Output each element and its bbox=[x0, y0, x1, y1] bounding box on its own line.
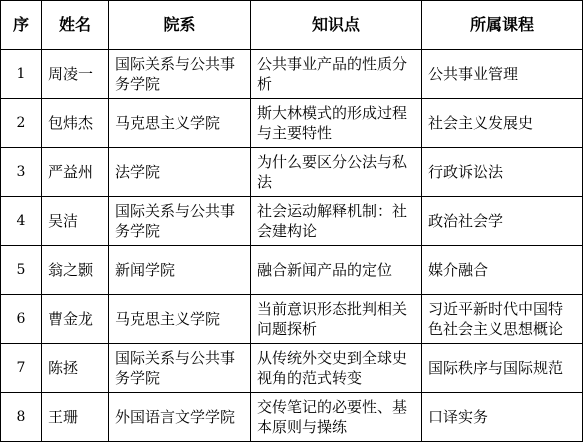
cell-name: 严益州 bbox=[42, 148, 109, 197]
cell-topic: 当前意识形态批判相关问题探析 bbox=[251, 295, 422, 344]
cell-topic: 融合新闻产品的定位 bbox=[251, 246, 422, 295]
table-row: 7 陈拯 国际关系与公共事务学院 从传统外交史到全球史视角的范式转变 国际秩序与… bbox=[1, 344, 583, 393]
cell-course: 行政诉讼法 bbox=[422, 148, 583, 197]
table-row: 1 周凌一 国际关系与公共事务学院 公共事业产品的性质分析 公共事业管理 bbox=[1, 50, 583, 99]
cell-index: 8 bbox=[1, 393, 42, 442]
cell-topic: 交传笔记的必要性、基本原则与操练 bbox=[251, 393, 422, 442]
cell-index: 6 bbox=[1, 295, 42, 344]
cell-topic: 为什么要区分公法与私法 bbox=[251, 148, 422, 197]
cell-course: 社会主义发展史 bbox=[422, 99, 583, 148]
cell-department: 外国语言文学学院 bbox=[109, 393, 251, 442]
cell-topic: 斯大林模式的形成过程与主要特性 bbox=[251, 99, 422, 148]
cell-topic: 公共事业产品的性质分析 bbox=[251, 50, 422, 99]
header-course: 所属课程 bbox=[422, 1, 583, 50]
cell-department: 法学院 bbox=[109, 148, 251, 197]
cell-name: 曹金龙 bbox=[42, 295, 109, 344]
cell-course: 公共事业管理 bbox=[422, 50, 583, 99]
cell-name: 包炜杰 bbox=[42, 99, 109, 148]
cell-index: 2 bbox=[1, 99, 42, 148]
table-row: 3 严益州 法学院 为什么要区分公法与私法 行政诉讼法 bbox=[1, 148, 583, 197]
table-row: 6 曹金龙 马克思主义学院 当前意识形态批判相关问题探析 习近平新时代中国特色社… bbox=[1, 295, 583, 344]
cell-name: 陈拯 bbox=[42, 344, 109, 393]
cell-department: 马克思主义学院 bbox=[109, 99, 251, 148]
header-name: 姓名 bbox=[42, 1, 109, 50]
cell-department: 国际关系与公共事务学院 bbox=[109, 344, 251, 393]
cell-course: 国际秩序与国际规范 bbox=[422, 344, 583, 393]
header-row: 序 姓名 院系 知识点 所属课程 bbox=[1, 1, 583, 50]
cell-index: 7 bbox=[1, 344, 42, 393]
header-department: 院系 bbox=[109, 1, 251, 50]
cell-index: 1 bbox=[1, 50, 42, 99]
cell-department: 马克思主义学院 bbox=[109, 295, 251, 344]
cell-course: 媒介融合 bbox=[422, 246, 583, 295]
cell-topic: 社会运动解释机制：社会建构论 bbox=[251, 197, 422, 246]
header-topic: 知识点 bbox=[251, 1, 422, 50]
table-row: 4 吴洁 国际关系与公共事务学院 社会运动解释机制：社会建构论 政治社会学 bbox=[1, 197, 583, 246]
cell-topic: 从传统外交史到全球史视角的范式转变 bbox=[251, 344, 422, 393]
cell-name: 翁之颢 bbox=[42, 246, 109, 295]
cell-name: 吴洁 bbox=[42, 197, 109, 246]
cell-department: 新闻学院 bbox=[109, 246, 251, 295]
cell-department: 国际关系与公共事务学院 bbox=[109, 50, 251, 99]
table-row: 5 翁之颢 新闻学院 融合新闻产品的定位 媒介融合 bbox=[1, 246, 583, 295]
cell-index: 5 bbox=[1, 246, 42, 295]
cell-index: 3 bbox=[1, 148, 42, 197]
table-row: 2 包炜杰 马克思主义学院 斯大林模式的形成过程与主要特性 社会主义发展史 bbox=[1, 99, 583, 148]
cell-name: 王珊 bbox=[42, 393, 109, 442]
cell-name: 周凌一 bbox=[42, 50, 109, 99]
header-index: 序 bbox=[1, 1, 42, 50]
cell-course: 习近平新时代中国特色社会主义思想概论 bbox=[422, 295, 583, 344]
cell-course: 政治社会学 bbox=[422, 197, 583, 246]
roster-table: 序 姓名 院系 知识点 所属课程 1 周凌一 国际关系与公共事务学院 公共事业产… bbox=[0, 0, 583, 442]
table-row: 8 王珊 外国语言文学学院 交传笔记的必要性、基本原则与操练 口译实务 bbox=[1, 393, 583, 442]
cell-course: 口译实务 bbox=[422, 393, 583, 442]
cell-department: 国际关系与公共事务学院 bbox=[109, 197, 251, 246]
cell-index: 4 bbox=[1, 197, 42, 246]
